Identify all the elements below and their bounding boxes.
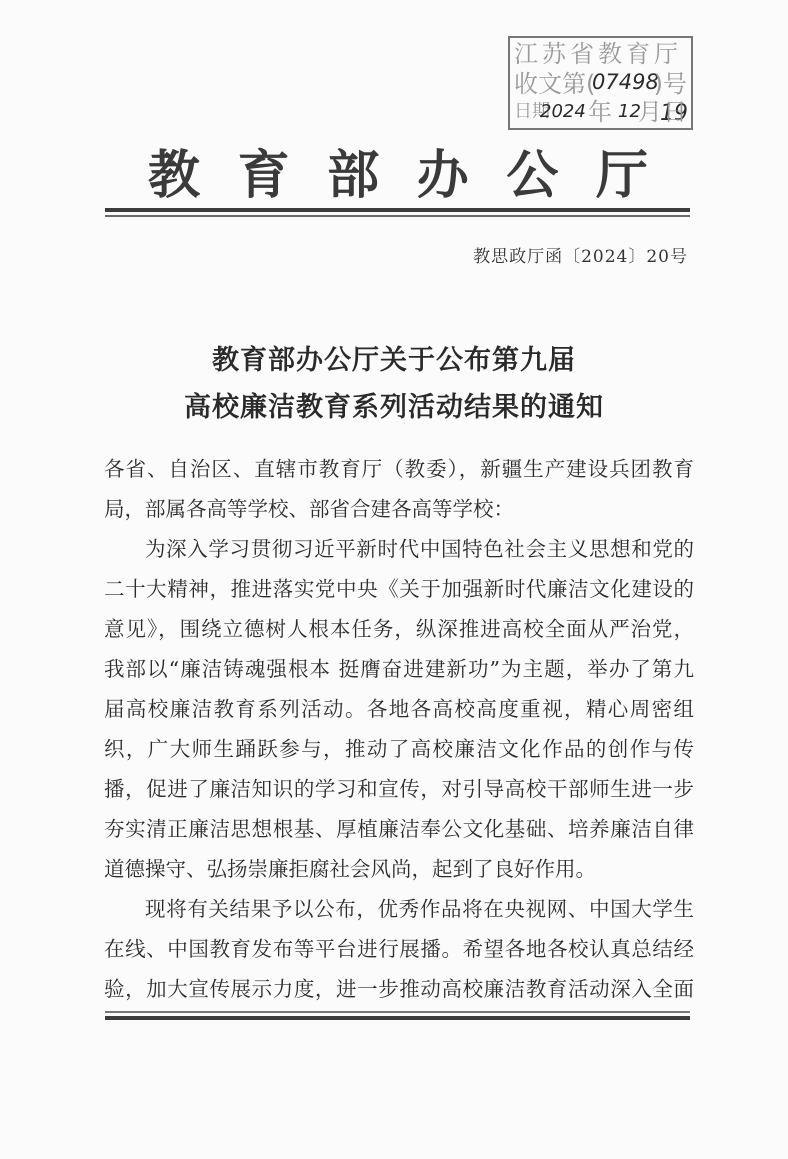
body-line: 播，促进了廉洁知识的学习和宣传，对引导高校干部师生进一步 bbox=[104, 769, 694, 809]
body-line: 为深入学习贯彻习近平新时代中国特色社会主义思想和党的 bbox=[104, 529, 694, 569]
body-line: 二十大精神，推进落实党中央《关于加强新时代廉洁文化建设的 bbox=[104, 569, 694, 609]
stamp-day-label: 日 bbox=[663, 98, 687, 126]
body-line: 道德操守、弘扬崇廉拒腐社会风尚，起到了良好作用。 bbox=[104, 849, 694, 889]
document-title-line-2: 高校廉洁教育系列活动结果的通知 bbox=[0, 385, 788, 424]
body-line: 验，加大宣传展示力度，进一步推动高校廉洁教育活动深入全面 bbox=[104, 969, 694, 1009]
body-line: 在线、中国教育发布等平台进行展播。希望各地各校认真总结经 bbox=[104, 929, 694, 969]
issuing-agency-header: 教 育 部 办 公 厅 bbox=[148, 138, 648, 202]
stamp-month-label: 月 bbox=[638, 98, 662, 126]
body-line: 意见》，围绕立德树人根本任务，纵深推进高校全面从严治党， bbox=[104, 609, 694, 649]
receipt-stamp: 江苏省教育厅 收文第( 07498 )号 日期 2024 年 12 月 19 日 bbox=[508, 36, 693, 130]
stamp-year-label: 年 bbox=[588, 98, 612, 126]
header-double-rule bbox=[105, 208, 690, 217]
agency-char: 公 bbox=[506, 133, 558, 208]
body-line: 局，部属各高等学校、部省合建各高等学校： bbox=[104, 489, 694, 529]
agency-char: 厅 bbox=[596, 133, 648, 208]
body-line: 现将有关结果予以公布，优秀作品将在央视网、中国大学生 bbox=[104, 889, 694, 929]
body-line: 各省、自治区、直辖市教育厅（教委），新疆生产建设兵团教育 bbox=[104, 449, 694, 489]
rule-thick-line bbox=[105, 1016, 690, 1020]
agency-char: 部 bbox=[327, 133, 379, 208]
body-line: 我部以“廉洁铸魂强根本 挺膺奋进建新功”为主题，举办了第九 bbox=[104, 649, 694, 689]
body-line: 夯实清正廉洁思想根基、厚植廉洁奉公文化基础、培养廉洁自律 bbox=[104, 809, 694, 849]
agency-char: 办 bbox=[417, 133, 469, 208]
stamp-doc-number-row: 收文第( 07498 )号 bbox=[514, 70, 687, 98]
document-title-line-1: 教育部办公厅关于公布第九届 bbox=[0, 338, 788, 377]
stamp-date-row: 日期 2024 年 12 月 19 日 bbox=[514, 98, 687, 126]
body-line: 届高校廉洁教育系列活动。各地各高校高度重视，精心周密组 bbox=[104, 689, 694, 729]
stamp-doc-label-left: 收文第( bbox=[514, 70, 595, 98]
stamp-year: 2024 bbox=[540, 98, 586, 126]
agency-char: 育 bbox=[238, 133, 290, 208]
document-body: 各省、自治区、直辖市教育厅（教委），新疆生产建设兵团教育 局，部属各高等学校、部… bbox=[104, 449, 694, 1009]
rule-thin-line bbox=[105, 215, 690, 217]
footer-double-rule bbox=[105, 1011, 690, 1020]
body-line: 织，广大师生踊跃参与，推动了高校廉洁文化作品的创作与传 bbox=[104, 729, 694, 769]
stamp-doc-label-right: )号 bbox=[654, 70, 687, 98]
document-number: 教思政厅函〔2024〕20号 bbox=[473, 242, 688, 267]
agency-char: 教 bbox=[148, 133, 200, 208]
stamp-doc-number: 07498 bbox=[592, 68, 659, 96]
stamp-issuer: 江苏省教育厅 bbox=[514, 40, 687, 68]
